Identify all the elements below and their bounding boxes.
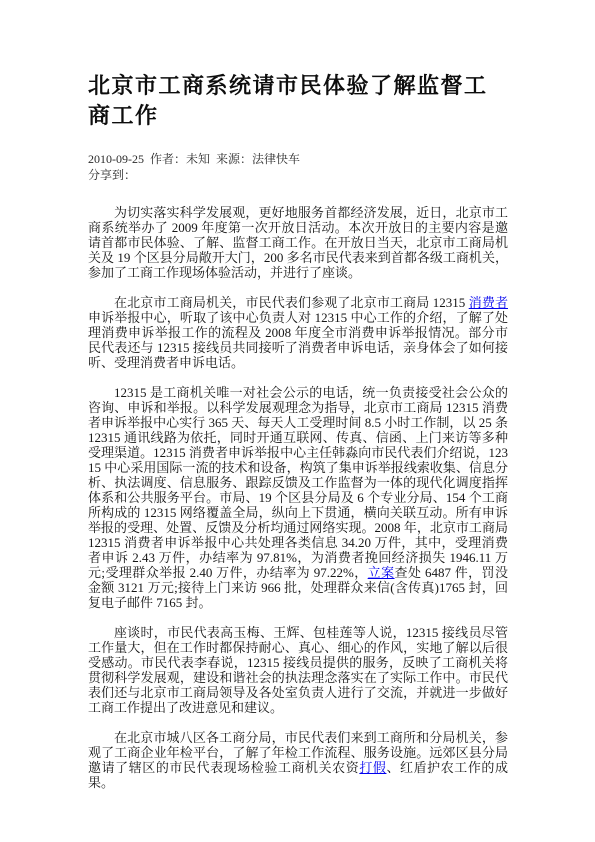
article-paragraph-2: 在北京市工商局机关，市民代表们参观了北京市工商局 12315 消费者申诉举报中心… xyxy=(88,295,508,370)
publish-date: 2010-09-25 xyxy=(88,152,144,166)
article-paragraph-4: 座谈时，市民代表高玉梅、王辉、包桂莲等人说，12315 接线员尽管工作量大，但在… xyxy=(88,625,508,715)
article-meta: 2010-09-25作者：未知来源：法律快车 xyxy=(88,151,508,167)
link-consumer[interactable]: 消费者 xyxy=(469,295,508,310)
link-anti-counterfeiting[interactable]: 打假 xyxy=(359,760,386,775)
paragraph-text: 在北京市工商局机关，市民代表们参观了北京市工商局 12315 xyxy=(114,295,469,310)
paragraph-text: 座谈时，市民代表高玉梅、王辉、包桂莲等人说，12315 接线员尽管工作量大，但在… xyxy=(88,625,508,715)
share-label: 分享到： xyxy=(88,167,508,183)
article-paragraph-1: 为切实落实科学发展观，更好地服务首都经济发展，近日，北京市工商系统举办了 200… xyxy=(88,205,508,280)
source-value: 法律快车 xyxy=(252,152,300,166)
link-case-filing[interactable]: 立案 xyxy=(368,565,395,580)
article-paragraph-3: 12315 是工商机关唯一对社会公示的电话，统一负责接受社会公众的咨询、申诉和举… xyxy=(88,385,508,610)
source-label: 来源： xyxy=(216,152,252,166)
author-label: 作者： xyxy=(150,152,186,166)
author-value: 未知 xyxy=(186,152,210,166)
paragraph-text: 申诉举报中心，听取了该中心负责人对 12315 中心工作的介绍，了解了处理消费申… xyxy=(88,310,508,370)
article-title: 北京市工商系统请市民体验了解监督工商工作 xyxy=(88,71,508,131)
article-paragraph-5: 在北京市城八区各工商分局，市民代表们来到工商所和分局机关，参观了工商企业年检平台… xyxy=(88,730,508,790)
paragraph-text: 为切实落实科学发展观，更好地服务首都经济发展，近日，北京市工商系统举办了 200… xyxy=(88,205,508,280)
document-page: 北京市工商系统请市民体验了解监督工商工作 2010-09-25作者：未知来源：法… xyxy=(0,0,595,842)
paragraph-text: 12315 是工商机关唯一对社会公示的电话，统一负责接受社会公众的咨询、申诉和举… xyxy=(88,385,508,580)
